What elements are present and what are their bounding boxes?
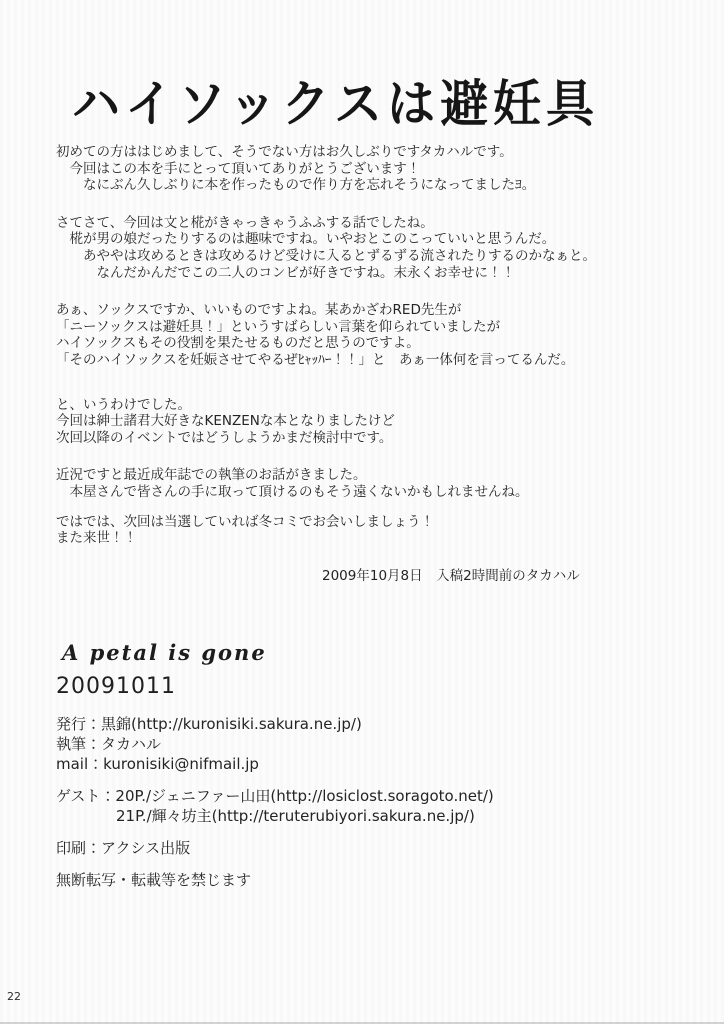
- page-title: ハイソックスは避妊具: [72, 64, 599, 136]
- afterword-paragraph: と、いうわけでした。 今回は紳士諸君大好きなKENZENな本となりましたけど 次…: [56, 397, 681, 447]
- afterword-paragraph: 初めての方ははじめまして、そうでない方はお久しぶりですタカハルです。 今回はこの…: [56, 144, 681, 194]
- guest-credit: ゲスト：20P./ジェニファー山田(http://losiclost.sorag…: [56, 786, 656, 826]
- afterword-paragraph: 近況ですと最近成年誌での執筆のお話がきました。 本屋さんで皆さんの手に取って頂け…: [56, 467, 681, 500]
- page-number: 22: [7, 990, 21, 1003]
- colophon: A petal is gone 20091011 発行：黒錦(http://ku…: [56, 640, 656, 902]
- credits-block: 発行：黒錦(http://kuronisiki.sakura.ne.jp/) 執…: [56, 714, 656, 890]
- afterword-page: ハイソックスは避妊具 初めての方ははじめまして、そうでない方はお久しぶりですタカ…: [0, 0, 724, 1024]
- afterword-body: 初めての方ははじめまして、そうでない方はお久しぶりですタカハルです。 今回はこの…: [56, 144, 681, 584]
- printer-credit: 印刷：アクシス出版: [56, 838, 656, 858]
- afterword-paragraph: ではでは、次回は当選していれば冬コミでお会いしましょう！ また来世！！: [56, 514, 681, 547]
- afterword-paragraph: あぁ、ソックスですか、いいものですよね。某あかざわRED先生が 「ニーソックスは…: [56, 302, 681, 368]
- book-title-script: A petal is gone: [62, 640, 656, 665]
- publisher-credit: 発行：黒錦(http://kuronisiki.sakura.ne.jp/) 執…: [56, 714, 656, 774]
- publication-date: 20091011: [56, 674, 656, 699]
- copyright-notice: 無断転写・転載等を禁じます: [56, 870, 656, 890]
- signoff-dateline: 2009年10月8日 入稿2時間前のタカハル: [56, 568, 681, 585]
- afterword-paragraph: さてさて、今回は文と椛がきゃっきゃうふふする話でしたね。 椛が男の娘だったりする…: [56, 215, 681, 281]
